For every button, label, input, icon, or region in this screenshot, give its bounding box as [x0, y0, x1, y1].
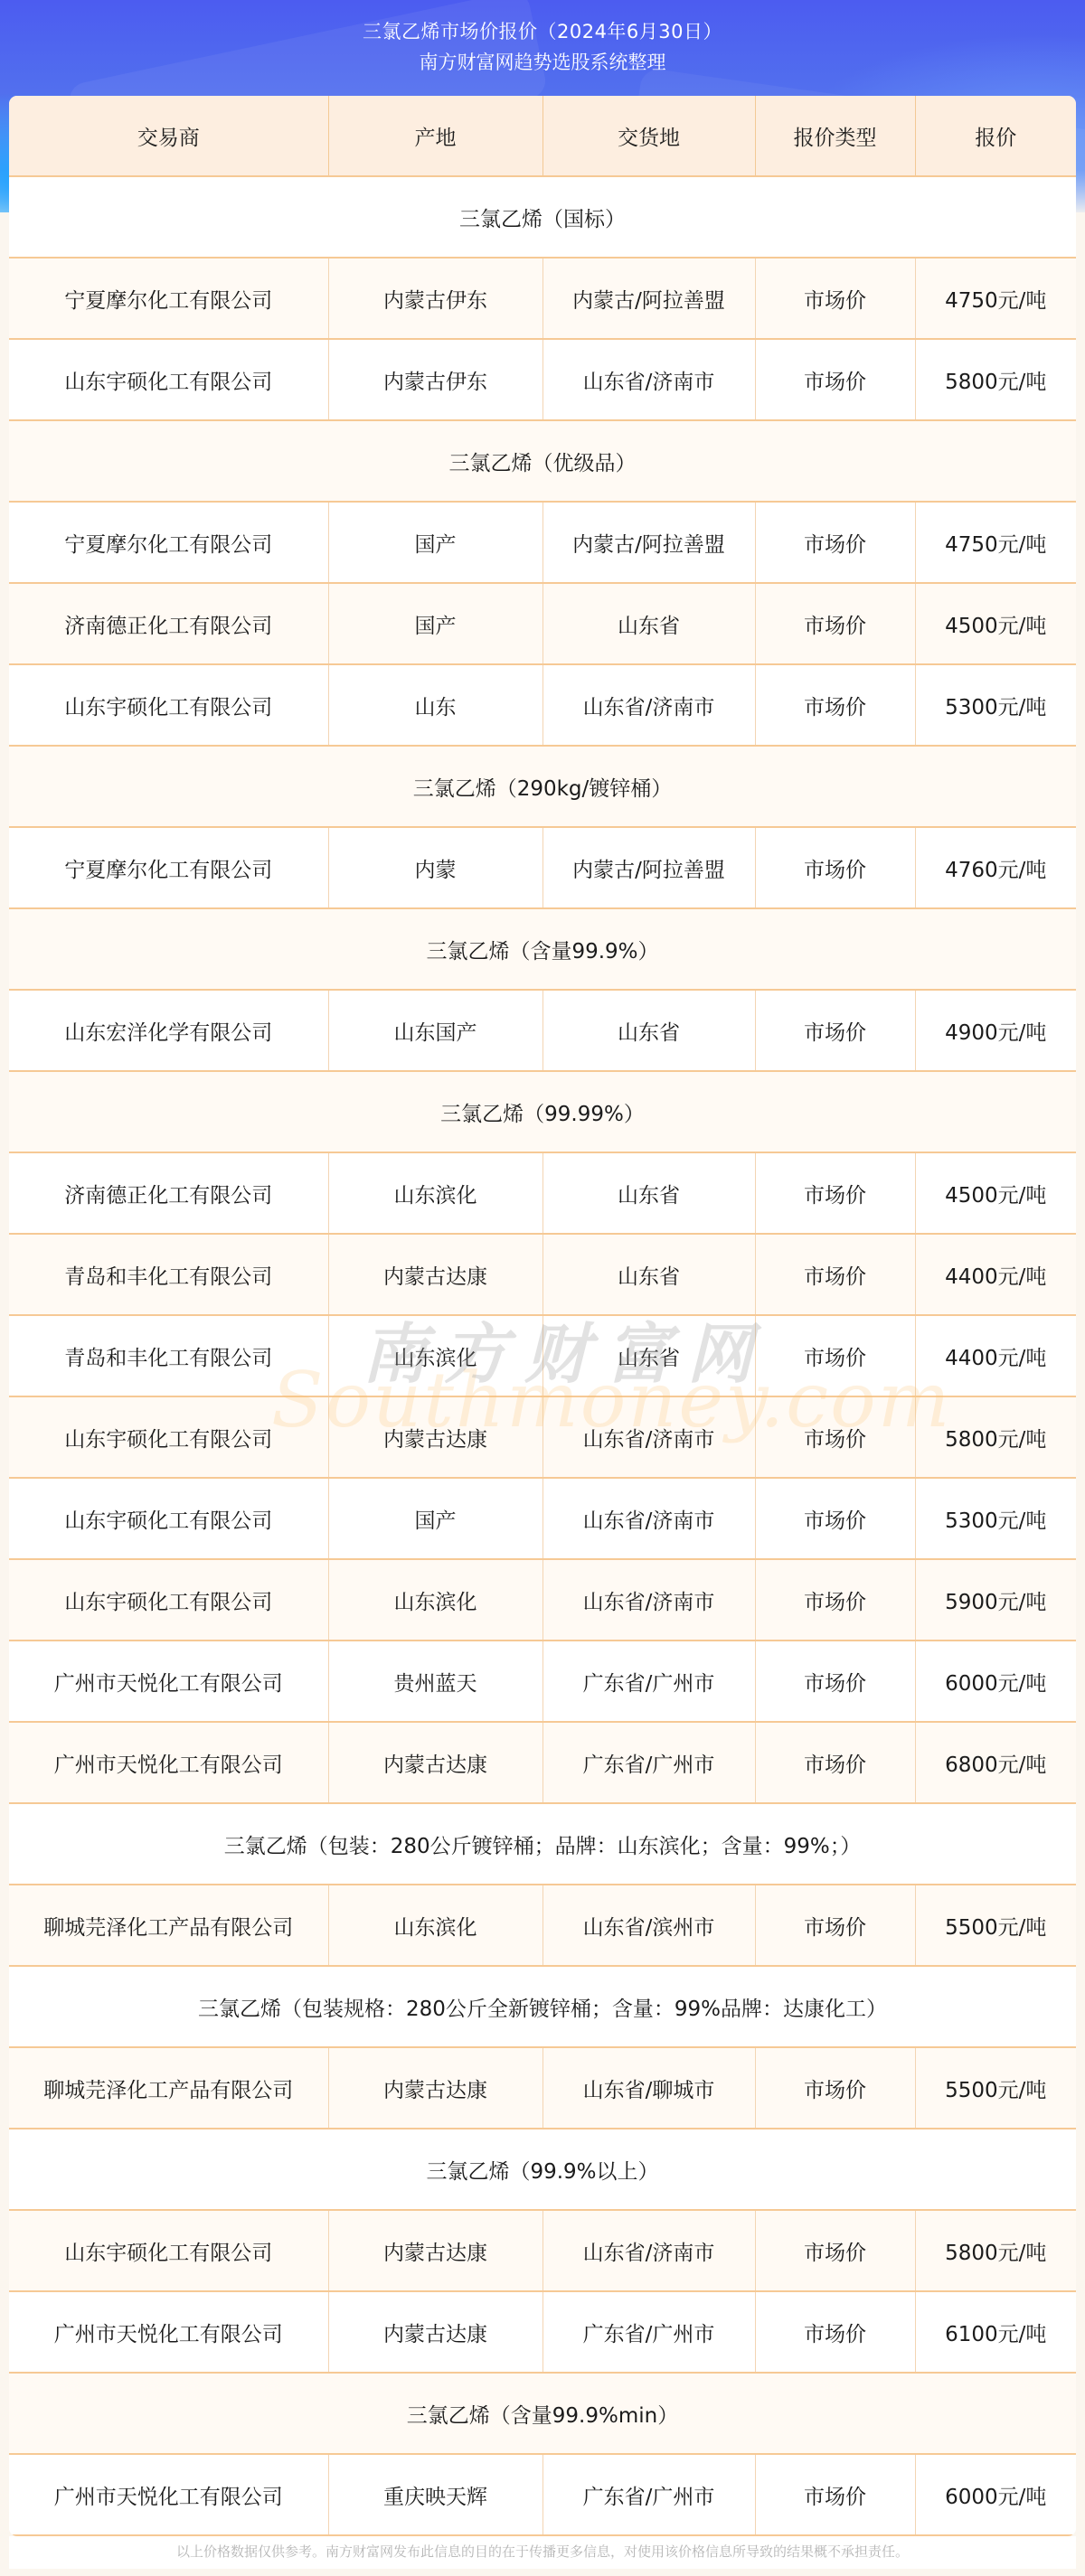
table-row: 山东宇硕化工有限公司内蒙古达康山东省/济南市市场价5800元/吨 — [9, 2210, 1076, 2291]
cell-delivery-place: 广东省/广州市 — [542, 2454, 755, 2535]
cell-delivery-place: 山东省/济南市 — [542, 339, 755, 420]
group-header-row: 三氯乙烯（含量99.9%） — [9, 908, 1076, 990]
table-row: 山东宇硕化工有限公司山东滨化山东省/济南市市场价5900元/吨 — [9, 1559, 1076, 1641]
cell-price: 5500元/吨 — [915, 1885, 1076, 1966]
column-header-delivery-place: 交货地 — [542, 96, 755, 176]
column-header-quote-type: 报价类型 — [755, 96, 915, 176]
cell-quote-type: 市场价 — [755, 502, 915, 583]
table-row: 广州市天悦化工有限公司贵州蓝天广东省/广州市市场价6000元/吨 — [9, 1641, 1076, 1722]
cell-quote-type: 市场价 — [755, 990, 915, 1071]
table-row: 山东宏洋化学有限公司山东国产山东省市场价4900元/吨 — [9, 990, 1076, 1071]
price-table-container: 交易商 产地 交货地 报价类型 报价 三氯乙烯（国标）宁夏摩尔化工有限公司内蒙古… — [9, 96, 1076, 2536]
cell-price: 5800元/吨 — [915, 2210, 1076, 2291]
table-row: 山东宇硕化工有限公司内蒙古伊东山东省/济南市市场价5800元/吨 — [9, 339, 1076, 420]
group-header-row: 三氯乙烯（国标） — [9, 176, 1076, 258]
cell-price: 5300元/吨 — [915, 1478, 1076, 1559]
column-header-origin: 产地 — [328, 96, 542, 176]
cell-price: 6800元/吨 — [915, 1722, 1076, 1803]
cell-origin: 内蒙 — [328, 827, 542, 908]
cell-trader: 广州市天悦化工有限公司 — [9, 2291, 328, 2373]
cell-trader: 山东宇硕化工有限公司 — [9, 1478, 328, 1559]
cell-quote-type: 市场价 — [755, 2210, 915, 2291]
disclaimer-footer: 以上价格数据仅供参考。南方财富网发布此信息的目的在于传播更多信息，对使用该价格信… — [9, 2536, 1076, 2569]
cell-delivery-place: 山东省/滨州市 — [542, 1885, 755, 1966]
table-row: 广州市天悦化工有限公司内蒙古达康广东省/广州市市场价6100元/吨 — [9, 2291, 1076, 2373]
page-subtitle: 南方财富网趋势选股系统整理 — [0, 47, 1085, 78]
cell-delivery-place: 内蒙古/阿拉善盟 — [542, 827, 755, 908]
cell-quote-type: 市场价 — [755, 339, 915, 420]
page-title-block: 三氯乙烯市场价报价（2024年6月30日） 南方财富网趋势选股系统整理 — [0, 16, 1085, 78]
cell-origin: 内蒙古达康 — [328, 1722, 542, 1803]
cell-price: 4500元/吨 — [915, 583, 1076, 664]
cell-origin: 重庆映天辉 — [328, 2454, 542, 2535]
group-label: 三氯乙烯（包装规格：280公斤全新镀锌桶；含量：99%品牌：达康化工） — [9, 1966, 1076, 2047]
cell-price: 5300元/吨 — [915, 664, 1076, 746]
column-header-trader: 交易商 — [9, 96, 328, 176]
cell-delivery-place: 山东省/济南市 — [542, 664, 755, 746]
cell-trader: 山东宏洋化学有限公司 — [9, 990, 328, 1071]
cell-trader: 聊城芫泽化工产品有限公司 — [9, 2047, 328, 2129]
cell-trader: 广州市天悦化工有限公司 — [9, 1641, 328, 1722]
cell-price: 4500元/吨 — [915, 1152, 1076, 1234]
cell-trader: 宁夏摩尔化工有限公司 — [9, 258, 328, 339]
cell-trader: 青岛和丰化工有限公司 — [9, 1234, 328, 1315]
group-header-row: 三氯乙烯（包装：280公斤镀锌桶；品牌：山东滨化；含量：99%；） — [9, 1803, 1076, 1885]
cell-quote-type: 市场价 — [755, 664, 915, 746]
table-row: 山东宇硕化工有限公司国产山东省/济南市市场价5300元/吨 — [9, 1478, 1076, 1559]
table-row: 宁夏摩尔化工有限公司内蒙古伊东内蒙古/阿拉善盟市场价4750元/吨 — [9, 258, 1076, 339]
table-row: 广州市天悦化工有限公司内蒙古达康广东省/广州市市场价6800元/吨 — [9, 1722, 1076, 1803]
table-row: 济南德正化工有限公司国产山东省市场价4500元/吨 — [9, 583, 1076, 664]
group-label: 三氯乙烯（99.9%以上） — [9, 2129, 1076, 2210]
cell-delivery-place: 山东省/济南市 — [542, 2210, 755, 2291]
cell-trader: 山东宇硕化工有限公司 — [9, 339, 328, 420]
table-row: 青岛和丰化工有限公司内蒙古达康山东省市场价4400元/吨 — [9, 1234, 1076, 1315]
cell-origin: 内蒙古达康 — [328, 2291, 542, 2373]
cell-delivery-place: 广东省/广州市 — [542, 1641, 755, 1722]
cell-delivery-place: 山东省 — [542, 1234, 755, 1315]
cell-origin: 内蒙古达康 — [328, 1234, 542, 1315]
group-label: 三氯乙烯（含量99.9%min） — [9, 2373, 1076, 2454]
group-header-row: 三氯乙烯（99.99%） — [9, 1071, 1076, 1152]
cell-delivery-place: 广东省/广州市 — [542, 1722, 755, 1803]
cell-delivery-place: 山东省 — [542, 1315, 755, 1396]
cell-origin: 山东滨化 — [328, 1559, 542, 1641]
cell-quote-type: 市场价 — [755, 1234, 915, 1315]
table-row: 山东宇硕化工有限公司内蒙古达康山东省/济南市市场价5800元/吨 — [9, 1396, 1076, 1478]
cell-origin: 内蒙古达康 — [328, 1396, 542, 1478]
table-row: 宁夏摩尔化工有限公司内蒙内蒙古/阿拉善盟市场价4760元/吨 — [9, 827, 1076, 908]
cell-quote-type: 市场价 — [755, 1641, 915, 1722]
cell-origin: 山东 — [328, 664, 542, 746]
group-label: 三氯乙烯（国标） — [9, 176, 1076, 258]
cell-delivery-place: 内蒙古/阿拉善盟 — [542, 502, 755, 583]
cell-quote-type: 市场价 — [755, 2047, 915, 2129]
cell-quote-type: 市场价 — [755, 583, 915, 664]
cell-price: 4400元/吨 — [915, 1315, 1076, 1396]
disclaimer-text: 以上价格数据仅供参考。南方财富网发布此信息的目的在于传播更多信息，对使用该价格信… — [176, 2543, 909, 2560]
cell-origin: 贵州蓝天 — [328, 1641, 542, 1722]
table-row: 济南德正化工有限公司山东滨化山东省市场价4500元/吨 — [9, 1152, 1076, 1234]
cell-price: 5800元/吨 — [915, 1396, 1076, 1478]
table-row: 青岛和丰化工有限公司山东滨化山东省市场价4400元/吨 — [9, 1315, 1076, 1396]
cell-origin: 山东滨化 — [328, 1885, 542, 1966]
cell-quote-type: 市场价 — [755, 2291, 915, 2373]
group-label: 三氯乙烯（优级品） — [9, 420, 1076, 502]
cell-origin: 国产 — [328, 502, 542, 583]
cell-trader: 聊城芫泽化工产品有限公司 — [9, 1885, 328, 1966]
cell-quote-type: 市场价 — [755, 1478, 915, 1559]
table-row: 聊城芫泽化工产品有限公司内蒙古达康山东省/聊城市市场价5500元/吨 — [9, 2047, 1076, 2129]
cell-trader: 广州市天悦化工有限公司 — [9, 1722, 328, 1803]
cell-delivery-place: 山东省 — [542, 990, 755, 1071]
cell-trader: 山东宇硕化工有限公司 — [9, 1559, 328, 1641]
cell-origin: 山东滨化 — [328, 1315, 542, 1396]
cell-delivery-place: 山东省 — [542, 1152, 755, 1234]
cell-price: 5800元/吨 — [915, 339, 1076, 420]
cell-price: 4900元/吨 — [915, 990, 1076, 1071]
group-header-row: 三氯乙烯（优级品） — [9, 420, 1076, 502]
cell-origin: 内蒙古伊东 — [328, 258, 542, 339]
cell-quote-type: 市场价 — [755, 827, 915, 908]
cell-delivery-place: 山东省 — [542, 583, 755, 664]
cell-delivery-place: 广东省/广州市 — [542, 2291, 755, 2373]
cell-quote-type: 市场价 — [755, 1559, 915, 1641]
cell-quote-type: 市场价 — [755, 2454, 915, 2535]
cell-quote-type: 市场价 — [755, 1315, 915, 1396]
column-header-price: 报价 — [915, 96, 1076, 176]
cell-delivery-place: 山东省/济南市 — [542, 1396, 755, 1478]
cell-trader: 宁夏摩尔化工有限公司 — [9, 502, 328, 583]
cell-price: 4750元/吨 — [915, 258, 1076, 339]
group-header-row: 三氯乙烯（含量99.9%min） — [9, 2373, 1076, 2454]
cell-trader: 山东宇硕化工有限公司 — [9, 664, 328, 746]
cell-trader: 广州市天悦化工有限公司 — [9, 2454, 328, 2535]
table-header-row: 交易商 产地 交货地 报价类型 报价 — [9, 96, 1076, 176]
table-body: 三氯乙烯（国标）宁夏摩尔化工有限公司内蒙古伊东内蒙古/阿拉善盟市场价4750元/… — [9, 176, 1076, 2535]
group-header-row: 三氯乙烯（包装规格：280公斤全新镀锌桶；含量：99%品牌：达康化工） — [9, 1966, 1076, 2047]
cell-trader: 宁夏摩尔化工有限公司 — [9, 827, 328, 908]
cell-price: 4400元/吨 — [915, 1234, 1076, 1315]
page-title: 三氯乙烯市场价报价（2024年6月30日） — [0, 16, 1085, 47]
cell-trader: 山东宇硕化工有限公司 — [9, 2210, 328, 2291]
group-label: 三氯乙烯（99.99%） — [9, 1071, 1076, 1152]
table-row: 广州市天悦化工有限公司重庆映天辉广东省/广州市市场价6000元/吨 — [9, 2454, 1076, 2535]
cell-origin: 国产 — [328, 1478, 542, 1559]
cell-quote-type: 市场价 — [755, 1396, 915, 1478]
cell-trader: 济南德正化工有限公司 — [9, 583, 328, 664]
cell-origin: 山东国产 — [328, 990, 542, 1071]
cell-quote-type: 市场价 — [755, 1885, 915, 1966]
group-header-row: 三氯乙烯（99.9%以上） — [9, 2129, 1076, 2210]
cell-price: 6000元/吨 — [915, 2454, 1076, 2535]
cell-delivery-place: 山东省/聊城市 — [542, 2047, 755, 2129]
cell-delivery-place: 山东省/济南市 — [542, 1478, 755, 1559]
cell-quote-type: 市场价 — [755, 1722, 915, 1803]
group-label: 三氯乙烯（包装：280公斤镀锌桶；品牌：山东滨化；含量：99%；） — [9, 1803, 1076, 1885]
cell-quote-type: 市场价 — [755, 258, 915, 339]
group-header-row: 三氯乙烯（290kg/镀锌桶） — [9, 746, 1076, 827]
table-row: 聊城芫泽化工产品有限公司山东滨化山东省/滨州市市场价5500元/吨 — [9, 1885, 1076, 1966]
cell-origin: 内蒙古达康 — [328, 2210, 542, 2291]
group-label: 三氯乙烯（290kg/镀锌桶） — [9, 746, 1076, 827]
cell-price: 4760元/吨 — [915, 827, 1076, 908]
group-label: 三氯乙烯（含量99.9%） — [9, 908, 1076, 990]
cell-delivery-place: 山东省/济南市 — [542, 1559, 755, 1641]
price-table: 交易商 产地 交货地 报价类型 报价 三氯乙烯（国标）宁夏摩尔化工有限公司内蒙古… — [9, 96, 1076, 2536]
cell-origin: 山东滨化 — [328, 1152, 542, 1234]
table-row: 山东宇硕化工有限公司山东山东省/济南市市场价5300元/吨 — [9, 664, 1076, 746]
cell-trader: 山东宇硕化工有限公司 — [9, 1396, 328, 1478]
table-row: 宁夏摩尔化工有限公司国产内蒙古/阿拉善盟市场价4750元/吨 — [9, 502, 1076, 583]
cell-price: 5500元/吨 — [915, 2047, 1076, 2129]
cell-price: 6000元/吨 — [915, 1641, 1076, 1722]
cell-origin: 内蒙古达康 — [328, 2047, 542, 2129]
cell-trader: 济南德正化工有限公司 — [9, 1152, 328, 1234]
cell-origin: 内蒙古伊东 — [328, 339, 542, 420]
cell-price: 6100元/吨 — [915, 2291, 1076, 2373]
cell-price: 5900元/吨 — [915, 1559, 1076, 1641]
cell-delivery-place: 内蒙古/阿拉善盟 — [542, 258, 755, 339]
cell-trader: 青岛和丰化工有限公司 — [9, 1315, 328, 1396]
cell-quote-type: 市场价 — [755, 1152, 915, 1234]
cell-origin: 国产 — [328, 583, 542, 664]
cell-price: 4750元/吨 — [915, 502, 1076, 583]
